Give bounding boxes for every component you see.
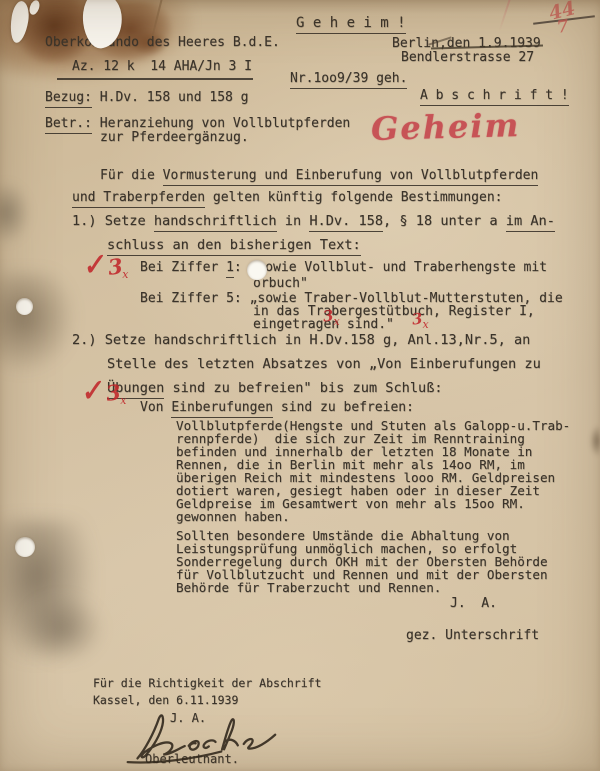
- hole-punch: [16, 298, 33, 315]
- tear-layer: [0, 0, 600, 771]
- hole-punch: [247, 260, 267, 280]
- torn-paper-patch: [80, 0, 126, 50]
- scanned-document: G e h e i m !Oberkommando des Heeres B.d…: [0, 0, 600, 771]
- hole-punch: [15, 537, 35, 557]
- torn-paper-patch: [8, 0, 31, 44]
- torn-paper-patch: [28, 0, 42, 16]
